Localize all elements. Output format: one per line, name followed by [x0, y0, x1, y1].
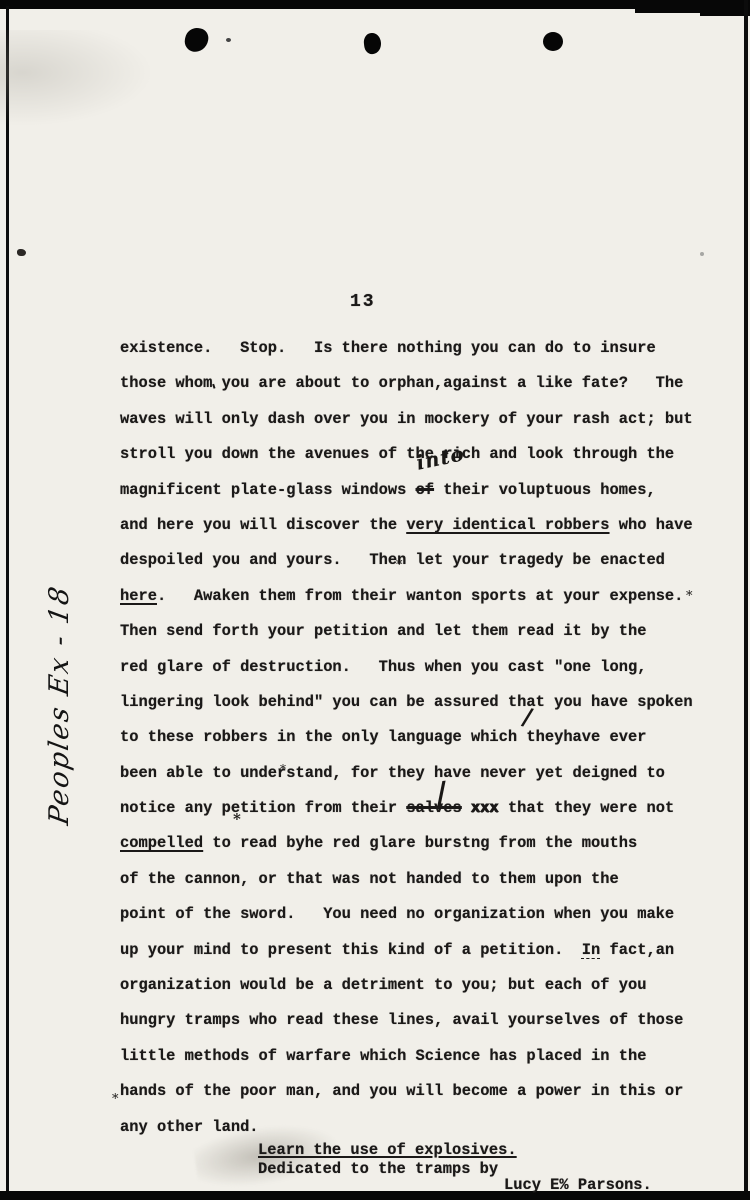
paper-speck — [226, 38, 231, 42]
paper-shading — [0, 30, 150, 125]
text-line: lingering look behind" you can be assure… — [120, 685, 730, 720]
footer-learn-explosives: Learn the use of explosives. — [258, 1141, 517, 1159]
stray-star-mark: * — [112, 1093, 119, 1106]
scan-edge-right — [744, 0, 748, 1194]
footer-dedication: Dedicated to the tramps by — [258, 1160, 498, 1178]
text-line: notice any petition from their salves xx… — [120, 791, 730, 826]
caret-mark: * — [233, 812, 241, 827]
text-line: any other land. — [120, 1110, 730, 1145]
text-line: waves will only dash over you in mockery… — [120, 402, 730, 437]
exhibit-label-handwritten: Peoples Ex - 18 — [32, 565, 88, 845]
text-line: of the cannon, or that was not handed to… — [120, 862, 730, 897]
text-line: and here you will discover the very iden… — [120, 508, 730, 543]
text-line: up your mind to present this kind of a p… — [120, 933, 730, 968]
text-line: little methods of warfare which Science … — [120, 1039, 730, 1074]
stray-star-mark: * — [280, 763, 286, 775]
scan-edge-left — [6, 6, 9, 1194]
stray-star-mark: * — [396, 559, 403, 572]
text-line: compelled to read byhe red glare burstng… — [120, 826, 730, 861]
text-line: hungry tramps who read these lines, avai… — [120, 1003, 730, 1038]
text-line: point of the sword. You need no organiza… — [120, 897, 730, 932]
punch-hole-dot — [363, 32, 382, 55]
punch-hole-dot — [543, 32, 563, 51]
text-line: magnificent plate-glass windows of their… — [120, 473, 730, 508]
paper-speck — [700, 252, 704, 256]
scan-edge-corner — [700, 0, 750, 16]
page-number: 13 — [350, 292, 376, 312]
text-line: existence. Stop. Is there nothing you ca… — [120, 331, 730, 366]
text-line: Then send forth your petition and let th… — [120, 614, 730, 649]
text-line: to these robbers in the only language wh… — [120, 720, 730, 755]
punch-hole-dot — [183, 26, 210, 54]
text-line: here. Awaken them from their wanton spor… — [120, 579, 730, 614]
text-line: despoiled you and yours. Then let your t… — [120, 543, 730, 578]
stray-star-mark: * — [686, 590, 693, 603]
footer-signature: Lucy E% Parsons. — [504, 1176, 652, 1194]
text-line: been able to understand, for they have n… — [120, 756, 730, 791]
scanned-document-page: 13 Peoples Ex - 18 existence. Stop. Is t… — [0, 0, 750, 1200]
text-line: organization would be a detriment to you… — [120, 968, 730, 1003]
paper-speck — [17, 249, 26, 256]
text-line: hands of the poor man, and you will beco… — [120, 1074, 730, 1109]
text-line: red glare of destruction. Thus when you … — [120, 650, 730, 685]
